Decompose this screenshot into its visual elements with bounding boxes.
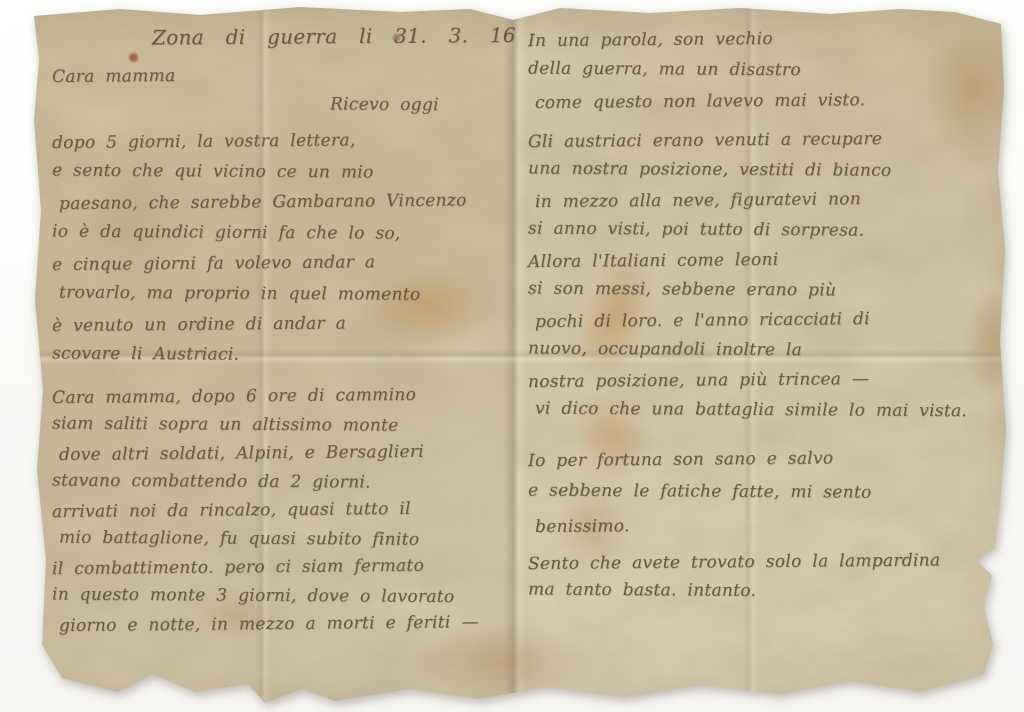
- left-column: Cara mamma Ricevo oggi dopo 5 giorni, la…: [52, 60, 524, 639]
- right-paragraph-5: Sento che avete trovato solo la lampardi…: [528, 548, 1002, 606]
- handwriting-line: dopo 5 giorni, la vostra lettera,: [52, 124, 524, 159]
- right-paragraph-2: Gli austriaci erano venuti a recupareuna…: [528, 125, 1002, 245]
- handwriting-line: trovarlo, ma proprio in quel momento: [59, 277, 524, 310]
- handwriting-line: Sento che avete trovato solo la lampardi…: [528, 546, 1002, 579]
- handwriting-line: come questo non lavevo mai visto.: [535, 84, 1002, 119]
- handwriting-line: io è da quindici giorni fa che lo so,: [52, 216, 524, 249]
- handwriting-line: il combattimento. pero ci siam fermato: [52, 551, 524, 584]
- handwriting-line: si anno visti, poi tutto di sorpresa.: [528, 214, 1002, 247]
- handwriting-line: paesano, che sarebbe Gambarano Vincenzo: [59, 185, 524, 220]
- salutation-line: Cara mamma: [52, 58, 524, 92]
- dateline: Zona di guerra li 31. 3. 16: [152, 22, 582, 49]
- handwriting-line: vi dico che una battaglia simile lo mai …: [535, 394, 1002, 427]
- right-paragraph-1: In una parola, son vechiodella guerra, m…: [528, 24, 1002, 117]
- handwriting-line: pochi di loro. e l'anno ricacciati di: [535, 303, 1002, 337]
- handwriting-line: nostra posizione, una più trincea —: [528, 363, 1002, 397]
- opening-line: Ricevo oggi: [330, 89, 524, 120]
- letter-paper: Zona di guerra li 31. 3. 16 Cara mamma R…: [0, 0, 1024, 712]
- handwriting-line: siam saliti sopra un altissimo monte: [52, 409, 524, 440]
- handwriting-line: è venuto un ordine di andar a: [52, 307, 524, 342]
- handwriting-line: arrivati noi da rincalzo, quasi tutto il: [52, 494, 524, 527]
- handwriting-line: mio battaglione, fu quasi subito finito: [59, 523, 524, 554]
- handwriting-line: in mezzo alla neve, figuratevi non: [535, 183, 1002, 217]
- handwriting-line: Gli austriaci erano venuti a recupare: [528, 123, 1002, 157]
- handwriting-line: nuovo, occupandoli inoltre la: [528, 334, 1002, 367]
- handwriting-line: della guerra, ma un disastro: [528, 54, 1002, 88]
- handwriting-line: Io per fortuna son sano e salvo: [528, 441, 1002, 478]
- scanner-background: Zona di guerra li 31. 3. 16 Cara mamma R…: [0, 0, 1024, 712]
- right-column: In una parola, son vechiodella guerra, m…: [528, 24, 1002, 606]
- handwriting-line: In una parola, son vechio: [528, 22, 1002, 57]
- handwriting-line: scovare li Austriaci.: [52, 338, 524, 371]
- handwriting-line: si son messi, sebbene erano più: [528, 274, 1002, 307]
- handwriting-line: stavano combattendo da 2 giorni.: [52, 466, 524, 497]
- left-paragraph-1: dopo 5 giorni, la vostra lettera,e sento…: [52, 126, 524, 370]
- handwriting-line: in questo monte 3 giorni, dove o lavorat…: [52, 580, 524, 611]
- handwriting-line: Allora l'Italiani come leoni: [528, 243, 1002, 277]
- handwriting-line: e cinque giorni fa volevo andar a: [52, 246, 524, 281]
- right-paragraph-3: Allora l'Italiani come leonisi son messi…: [528, 245, 1002, 425]
- handwriting-line: e sento che qui vicino ce un mio: [52, 155, 524, 188]
- left-paragraph-2: Cara mamma, dopo 6 ore di camminosiam sa…: [52, 382, 524, 639]
- right-paragraph-4: Io per fortuna son sano e salvoe sebbene…: [528, 443, 1002, 542]
- handwriting-line: e sebbene le fatiche fatte, mi sento: [528, 475, 1002, 511]
- letter-paper-wrapper: Zona di guerra li 31. 3. 16 Cara mamma R…: [0, 0, 1024, 712]
- handwriting-line: ma tanto basta. intanto.: [528, 576, 1002, 608]
- handwriting-line: dove altri soldati, Alpini, e Bersaglier…: [59, 437, 524, 470]
- handwriting-line: benissimo.: [535, 507, 1002, 544]
- handwriting-line: una nostra posizione, vestiti di bianco: [528, 154, 1002, 187]
- handwriting-line: Cara mamma, dopo 6 ore di cammino: [52, 380, 524, 413]
- handwriting-line: giorno e notte, in mezzo a morti e ferit…: [59, 608, 524, 641]
